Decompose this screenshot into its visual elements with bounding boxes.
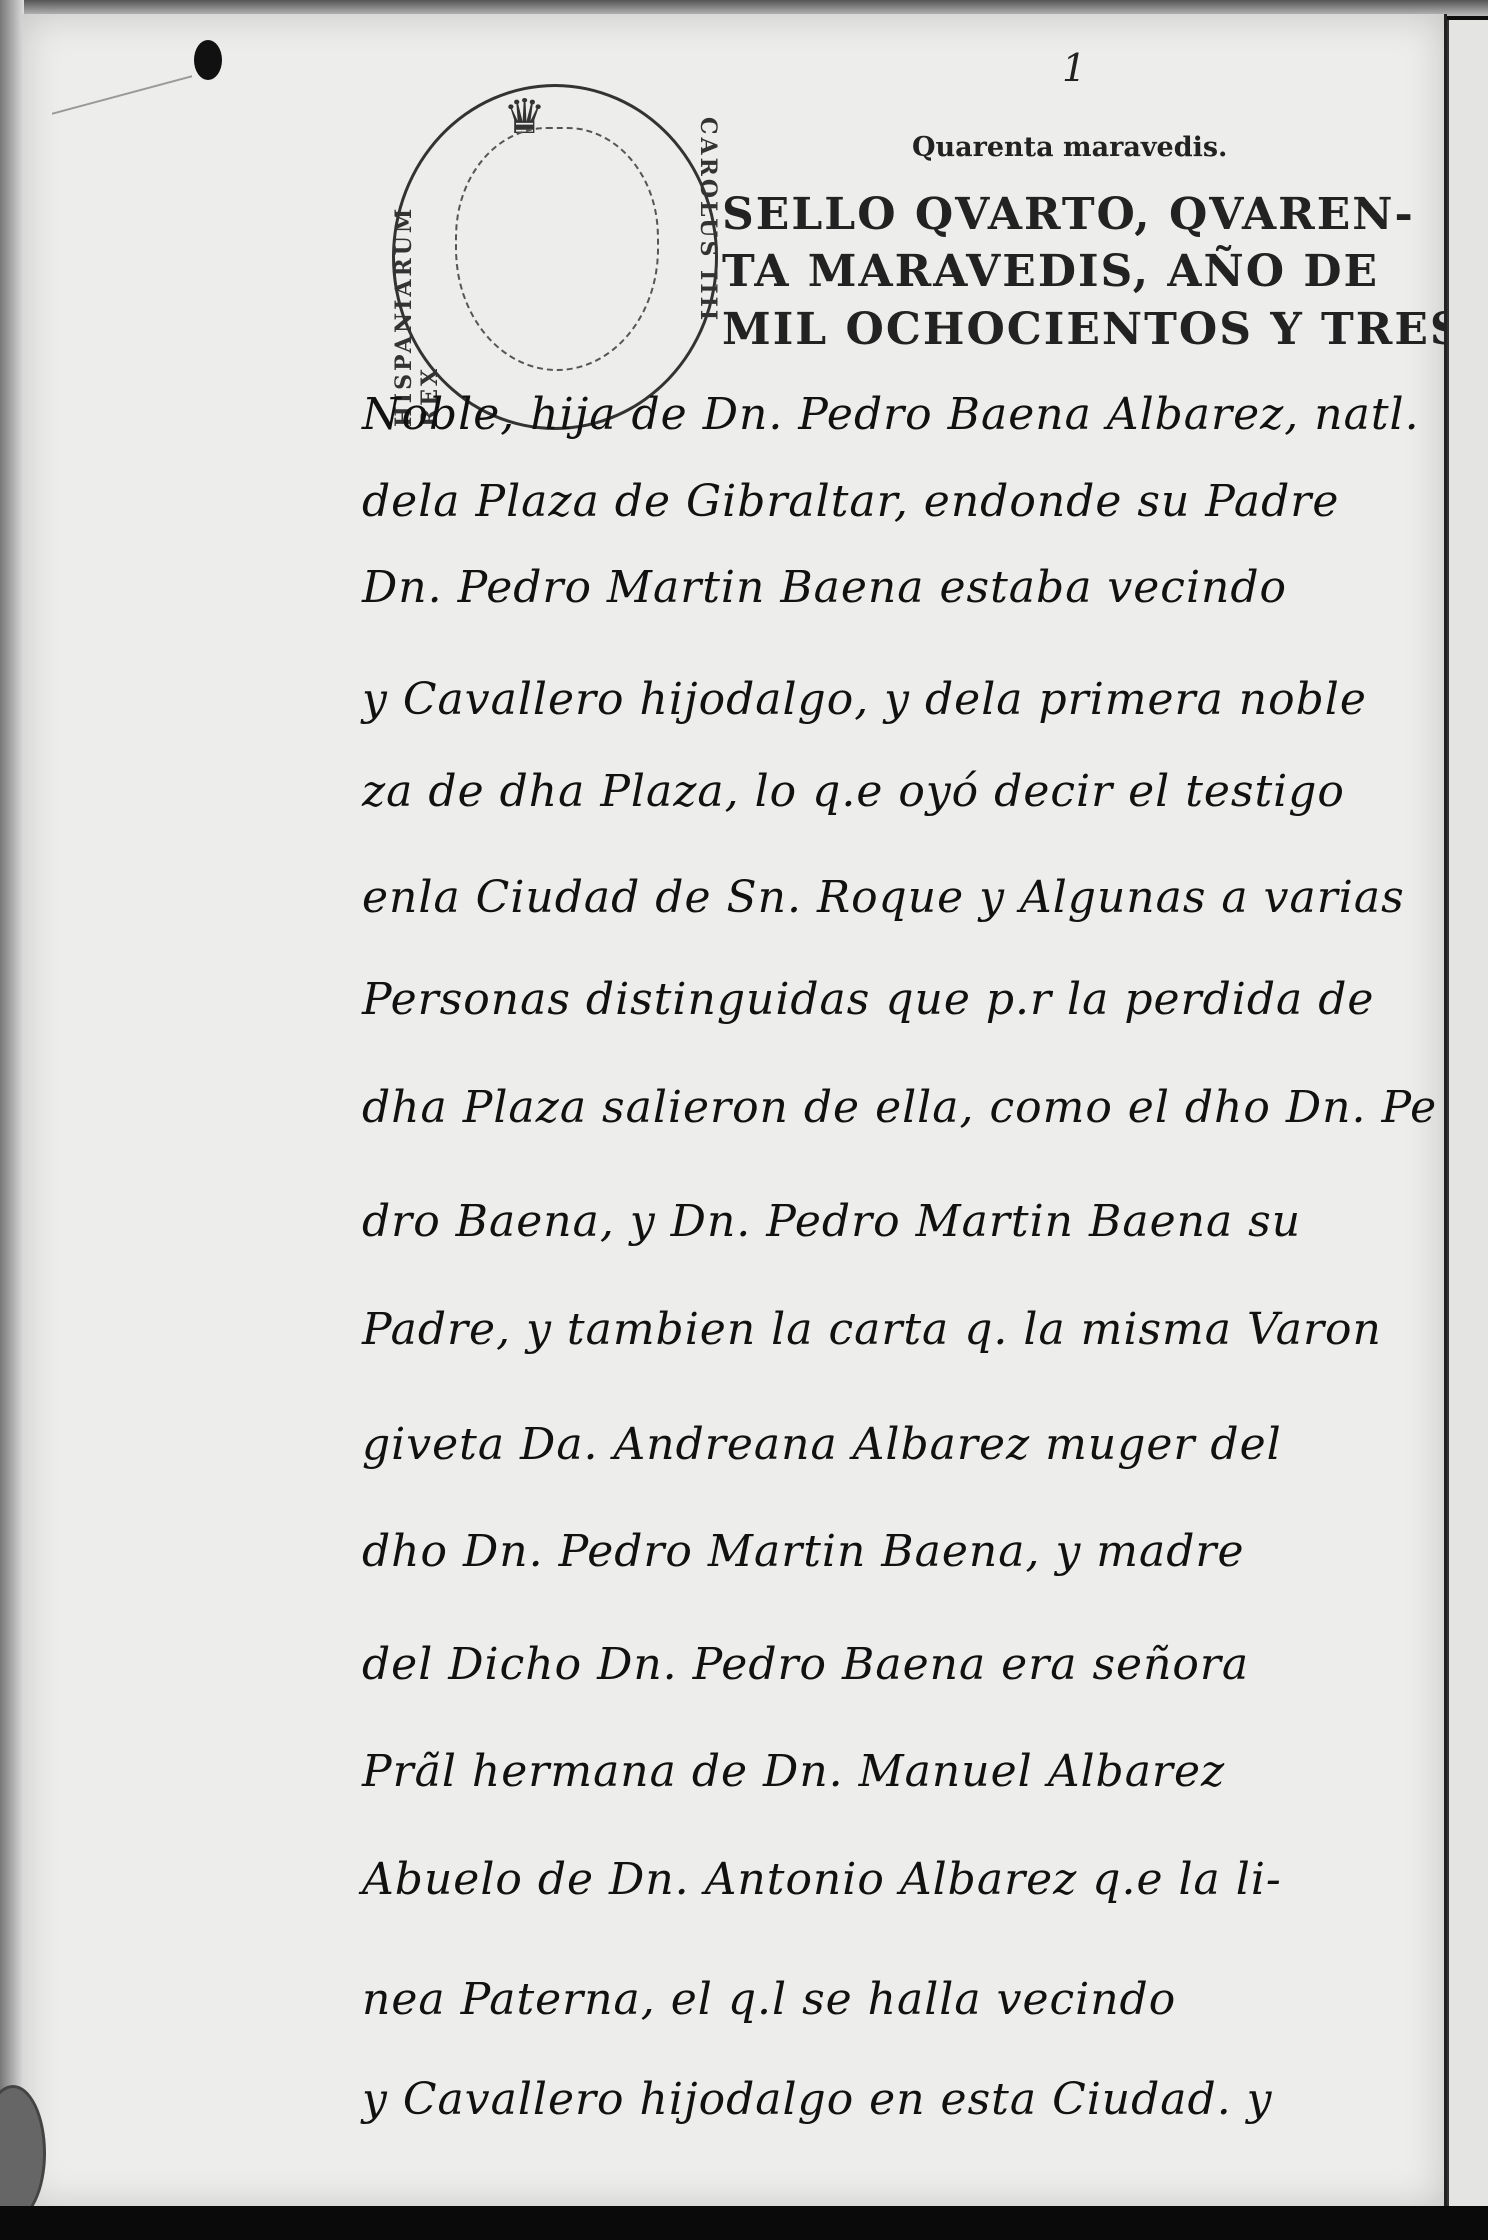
ink-blot <box>194 40 222 80</box>
stamp-line-1: SELLO QVARTO, QVAREN- <box>722 189 1415 240</box>
manuscript-line: giveta Da. Andreana Albarez muger del <box>362 1419 1282 1470</box>
manuscript-line: Personas distinguidas que p.r la perdida… <box>362 974 1374 1025</box>
manuscript-line: nea Paterna, el q.l se halla vecindo <box>362 1974 1176 2025</box>
seal-legend-right: CAROLUS IIII <box>695 117 721 323</box>
manuscript-line: y Cavallero hijodalgo en esta Ciudad. y <box>362 2074 1273 2125</box>
manuscript-line: enla Ciudad de Sn. Roque y Algunas a var… <box>362 872 1405 923</box>
manuscript-line: Dn. Pedro Martin Baena estaba vecindo <box>362 562 1287 613</box>
royal-seal-stamp: ♛ CAROLUS IIII HISPANIARUM REX <box>392 84 718 430</box>
manuscript-line: Padre, y tambien la carta q. la misma Va… <box>362 1304 1382 1355</box>
manuscript-line: Noble, hija de Dn. Pedro Baena Albarez, … <box>362 389 1420 440</box>
manuscript-line: dho Dn. Pedro Martin Baena, y madre <box>362 1526 1245 1577</box>
manuscript-line: y Cavallero hijodalgo, y dela primera no… <box>362 674 1367 725</box>
manuscript-page: ♛ CAROLUS IIII HISPANIARUM REX 1 Quarent… <box>22 14 1447 2209</box>
manuscript-line: Prãl hermana de Dn. Manuel Albarez <box>362 1746 1225 1797</box>
stamp-line-3: MIL OCHOCIENTOS Y TRES. <box>722 304 1479 355</box>
stamp-line-2: TA MARAVEDIS, AÑO DE <box>722 246 1379 297</box>
stamp-denomination: Quarenta maravedis. <box>912 132 1227 163</box>
adjacent-page-edge <box>1447 20 1488 2210</box>
scan-background-band <box>0 2206 1488 2240</box>
left-binding-edge <box>0 0 24 2210</box>
manuscript-line: del Dicho Dn. Pedro Baena era señora <box>362 1639 1249 1690</box>
manuscript-line: dro Baena, y Dn. Pedro Martin Baena su <box>362 1196 1301 1247</box>
manuscript-line: Abuelo de Dn. Antonio Albarez q.e la li- <box>362 1854 1282 1905</box>
seal-legend-left: HISPANIARUM REX <box>391 147 443 427</box>
folded-corner <box>52 0 192 115</box>
manuscript-line: dela Plaza de Gibraltar, endonde su Padr… <box>362 476 1339 527</box>
folio-mark: 1 <box>1062 46 1086 90</box>
manuscript-line: dha Plaza salieron de ella, como el dho … <box>362 1082 1437 1133</box>
manuscript-line: za de dha Plaza, lo q.e oyó decir el tes… <box>362 766 1345 817</box>
coat-of-arms-icon <box>455 127 659 371</box>
